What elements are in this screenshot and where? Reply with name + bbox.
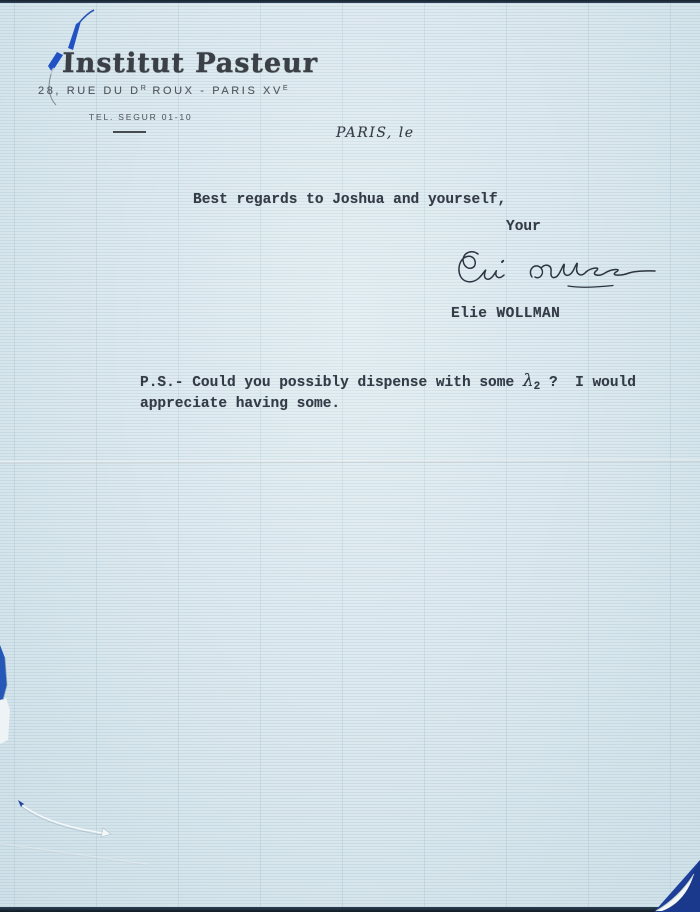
address-part2: ROUX - PARIS XV <box>147 85 283 97</box>
lambda-symbol: λ <box>523 371 534 391</box>
letterhead-institution: Institut Pasteur <box>61 48 318 79</box>
ps-part1: P.S.- Could you possibly dispense with s… <box>140 375 523 391</box>
dateline: PARIS, le <box>336 125 415 141</box>
bottom-right-corner-fold <box>648 850 700 912</box>
letterhead-phone: TEL. SEGUR 01-10 <box>89 112 192 122</box>
letterhead-rule <box>113 131 146 133</box>
scan-edge-bottom <box>0 907 700 912</box>
ps-line2: appreciate having some. <box>140 396 340 412</box>
scanned-letter-page: Institut Pasteur 28, RUE DU DR ROUX - PA… <box>0 0 700 912</box>
letterhead-address: 28, RUE DU DR ROUX - PARIS XVE <box>38 85 289 97</box>
typed-signature-name: Elie WOLLMAN <box>451 306 560 323</box>
closing-line: Best regards to Joshua and yourself, <box>193 192 506 209</box>
left-edge-tear <box>0 640 18 755</box>
scan-edge-top <box>0 0 700 3</box>
address-part1: 28, RUE DU D <box>38 85 141 97</box>
bottom-left-tear-marks <box>8 795 138 855</box>
valediction: Your <box>506 219 541 236</box>
address-sup2: E <box>283 85 289 92</box>
ps-part2: ? I would <box>540 375 636 391</box>
signature <box>452 240 657 292</box>
postscript: P.S.- Could you possibly dispense with s… <box>140 373 640 412</box>
fold-crease <box>0 459 700 464</box>
